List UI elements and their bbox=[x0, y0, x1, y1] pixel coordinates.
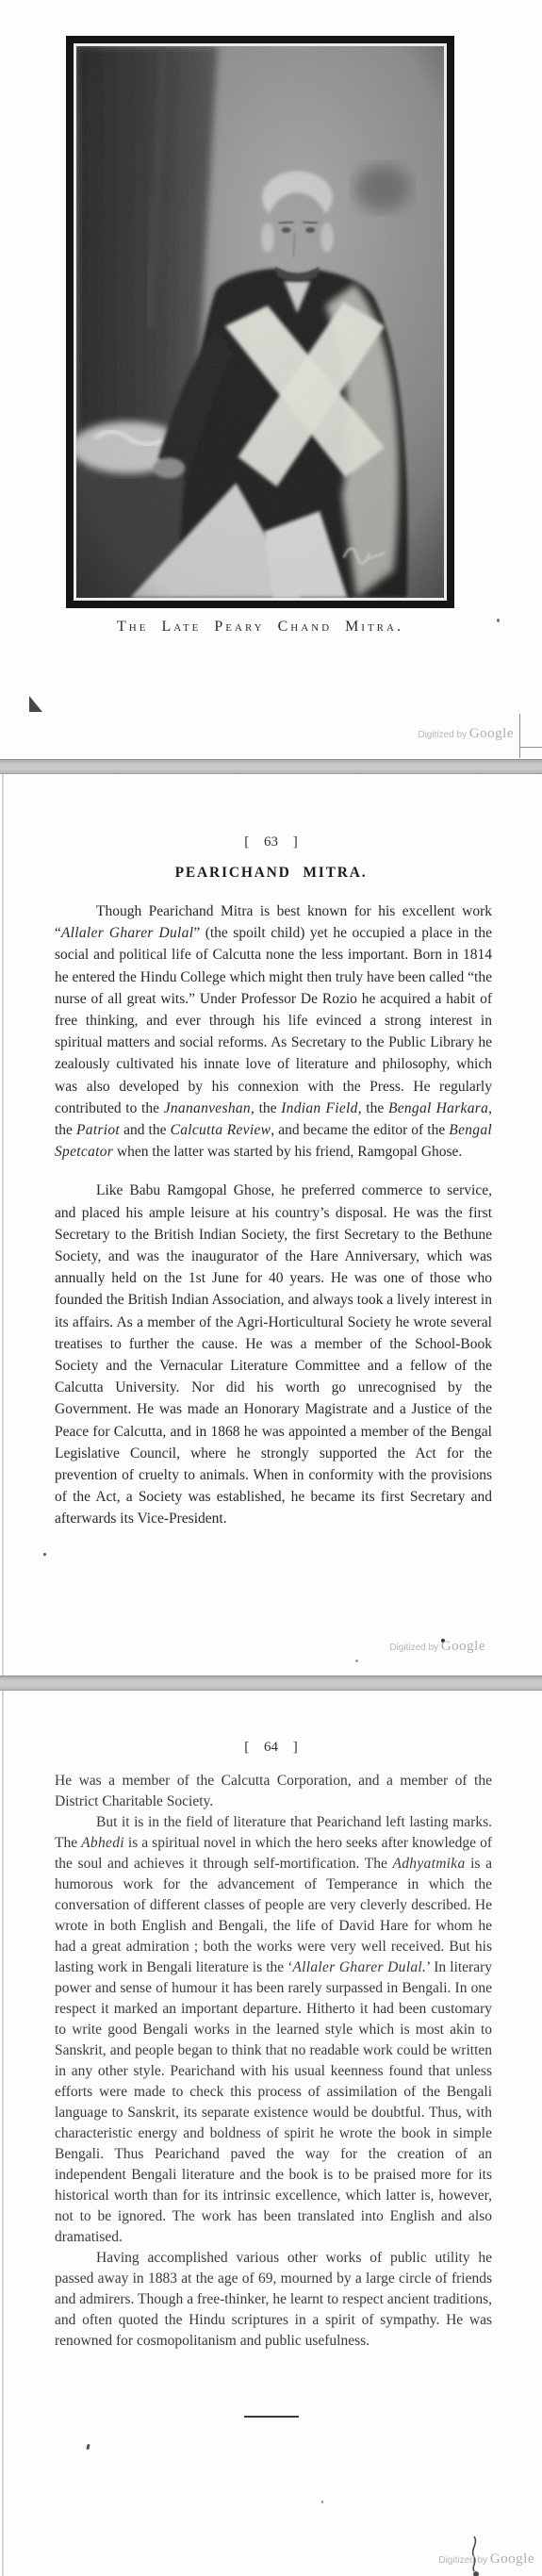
paragraph: But it is in the field of literature tha… bbox=[55, 1812, 492, 2248]
page-gap-separator bbox=[0, 1676, 542, 1691]
page-gap-separator bbox=[0, 759, 542, 774]
page-63: [ 63 ] PEARICHAND MITRA. Though Pearicha… bbox=[0, 774, 542, 1676]
google-watermark: Digitized by Google bbox=[438, 2551, 534, 2568]
scan-gutter-line bbox=[2, 774, 4, 1676]
end-rule bbox=[244, 2416, 299, 2418]
watermark-prefix: Digitized by bbox=[438, 2555, 487, 2566]
paragraph: Having accomplished various other works … bbox=[55, 2248, 492, 2352]
chapter-heading: PEARICHAND MITRA. bbox=[0, 865, 542, 882]
paragraph: Like Babu Ramgopal Ghose, he preferred c… bbox=[55, 1180, 492, 1529]
scan-gutter-line bbox=[2, 1691, 4, 2576]
scan-edge-mark bbox=[519, 747, 542, 748]
google-logo-text: Google bbox=[469, 726, 514, 741]
watermark-prefix: Digitized by bbox=[418, 730, 467, 740]
paragraph: Though Pearichand Mitra is best known fo… bbox=[55, 900, 492, 1163]
page-number: [ 63 ] bbox=[0, 834, 542, 850]
paragraph: He was a member of the Calcutta Corporat… bbox=[55, 1771, 492, 1812]
ink-dot bbox=[43, 1553, 46, 1556]
page-number: [ 64 ] bbox=[0, 1740, 542, 1756]
fold-mark-triangle bbox=[29, 696, 42, 712]
google-watermark: Digitized by Google bbox=[389, 1639, 485, 1655]
body-text: He was a member of the Calcutta Corporat… bbox=[55, 1771, 492, 2352]
portrait-photo bbox=[66, 36, 454, 608]
google-logo-text: Google bbox=[490, 2551, 534, 2567]
portrait-photo-print bbox=[74, 43, 447, 601]
ink-mark bbox=[86, 2444, 90, 2451]
portrait-illustration bbox=[76, 46, 444, 598]
scan-edge-mark bbox=[519, 714, 520, 758]
scanned-book-view: The Late Peary Chand Mitra. Digitized by… bbox=[0, 0, 542, 2576]
google-watermark: Digitized by Google bbox=[418, 726, 514, 742]
photo-caption: The Late Peary Chand Mitra. bbox=[66, 619, 454, 636]
scan-speck bbox=[497, 619, 500, 622]
watermark-prefix: Digitized by bbox=[389, 1643, 438, 1653]
google-logo-text: Google bbox=[441, 1639, 485, 1654]
scan-speck bbox=[355, 1660, 358, 1662]
page-photo-plate: The Late Peary Chand Mitra. Digitized by… bbox=[0, 0, 542, 759]
page-64: [ 64 ] He was a member of the Calcutta C… bbox=[0, 1691, 542, 2576]
scan-speck bbox=[321, 2501, 323, 2503]
body-text: Though Pearichand Mitra is best known fo… bbox=[55, 900, 492, 1547]
